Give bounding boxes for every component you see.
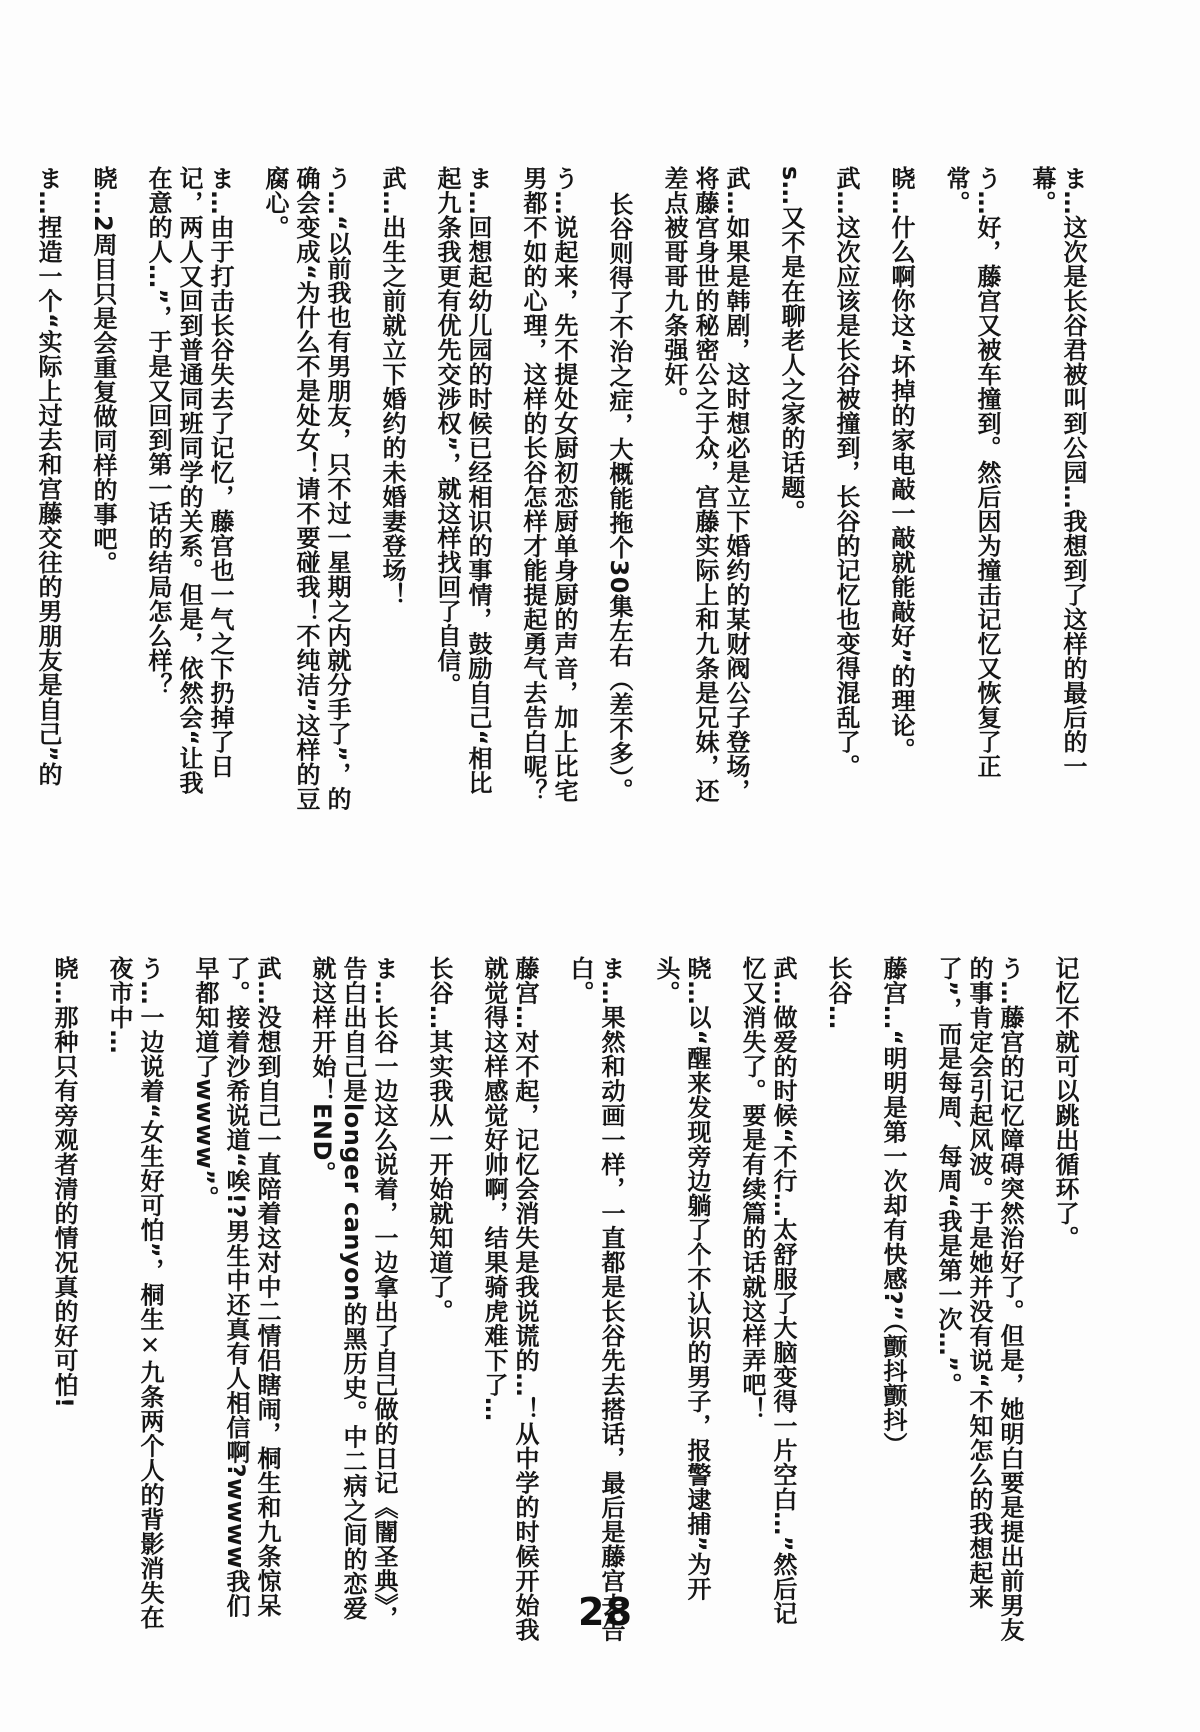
dialogue-entry: ま…回想起幼儿园的时候已经相识的事情，鼓励自己“相比起九条我更有优先交涉权”，就… (431, 166, 493, 816)
dialogue-entry: 晓…什么啊你这“坏掉的家电敲一敲就能敲好”的理论。 (885, 166, 916, 816)
dialogue-entry: 武…这次应该是长谷被撞到，长谷的记忆也变得混乱了。 (830, 166, 861, 816)
dialogue-entry: 长谷… (822, 956, 853, 1642)
dialogue-entry: ま…长谷一边这么说着，一边拿出了自己做的日记《闇圣典》，告白出自己是longer… (306, 956, 399, 1642)
dialogue-entry: 记忆不就可以跳出循环了。 (1049, 956, 1080, 1642)
dialogue-entry: 武…没想到自己一直陪着这对中二情侣瞎闹，桐生和九条惊呆了。接着沙希说道“唉!?男… (189, 956, 282, 1642)
dialogue-entry: ま…捏造一个“实际上过去和宫藤交往的男朋友是自己”的 (32, 166, 63, 816)
dialogue-entry: ま…果然和动画一样，一直都是长谷先去搭话，最后是藤宫去告白。 (564, 956, 626, 1642)
dialogue-entry: 武…如果是韩剧，这时想必是立下婚约的某财阀公子登场，将藤宫身世的秘密公之于众，宫… (658, 166, 751, 816)
dialogue-entry: ま…这次是长谷君被叫到公园…我想到了这样的最后的一幕。 (1026, 166, 1088, 816)
dialogue-entry: 长谷则得了不治之症，大概能拖个30集左右（差不多）。 (603, 166, 634, 816)
dialogue-entry: 晓…2周目只是会重复做同样的事吧。 (87, 166, 118, 816)
dialogue-entry: う…一边说着“女生好可怕”，桐生✕九条两个人的背影消失在夜市中… (103, 956, 165, 1642)
dialogue-entry: 晓…以“醒来发现旁边躺了个不认识的男子，报警逮捕”为开头。 (650, 956, 712, 1642)
dialogue-entry: 武…做爱的时候“不行…太舒服了大脑变得一片空白…”然后记忆又消失了。要是有续篇的… (736, 956, 798, 1642)
dialogue-entry: 长谷…其实我从一开始就知道了。 (423, 956, 454, 1642)
dialogue-section-top: ま…这次是长谷君被叫到公园…我想到了这样的最后的一幕。 う…好，藤宫又被车撞到。… (32, 166, 1088, 816)
dialogue-section-bottom: 记忆不就可以跳出循环了。 う…藤宫的记忆障碍突然治好了。但是，她明白要是提出前男… (48, 956, 1080, 1642)
dialogue-entry: s…又不是在聊老人之家的话题。 (775, 166, 806, 816)
dialogue-entry: う…“以前我也有男朋友，只不过一星期之内就分手了”，的确会变成“为什么不是处女！… (259, 166, 352, 816)
dialogue-entry: 藤宫…对不起，记忆会消失是我说谎的…！从中学的时候开始我就觉得这样感觉好帅啊，结… (478, 956, 540, 1642)
dialogue-entry: う…好，藤宫又被车撞到。然后因为撞击记忆又恢复了正常。 (940, 166, 1002, 816)
dialogue-entry: 藤宫…“明明是第一次却有快感?”（颤抖颤抖） (877, 956, 908, 1642)
dialogue-entry: う…藤宫的记忆障碍突然治好了。但是，她明白要是提出前男友的事肯定会引起风波。于是… (932, 956, 1025, 1642)
dialogue-entry: う…说起来，先不提处女厨初恋厨单身厨的声音，加上比宅男都不如的心理，这样的长谷怎… (517, 166, 579, 816)
page-number: 28 (578, 1590, 633, 1634)
doujin-talk-page: ま…这次是长谷君被叫到公园…我想到了这样的最后的一幕。 う…好，藤宫又被车撞到。… (0, 0, 1200, 1732)
dialogue-entry: 武…出生之前就立下婚约的未婚妻登场！ (376, 166, 407, 816)
dialogue-entry: ま…由于打击长谷失去了记忆，藤宫也一气之下扔掉了日记，两人又回到普通同班同学的关… (142, 166, 235, 816)
dialogue-entry: 晓…那种只有旁观者清的情况真的好可怕! (48, 956, 79, 1642)
